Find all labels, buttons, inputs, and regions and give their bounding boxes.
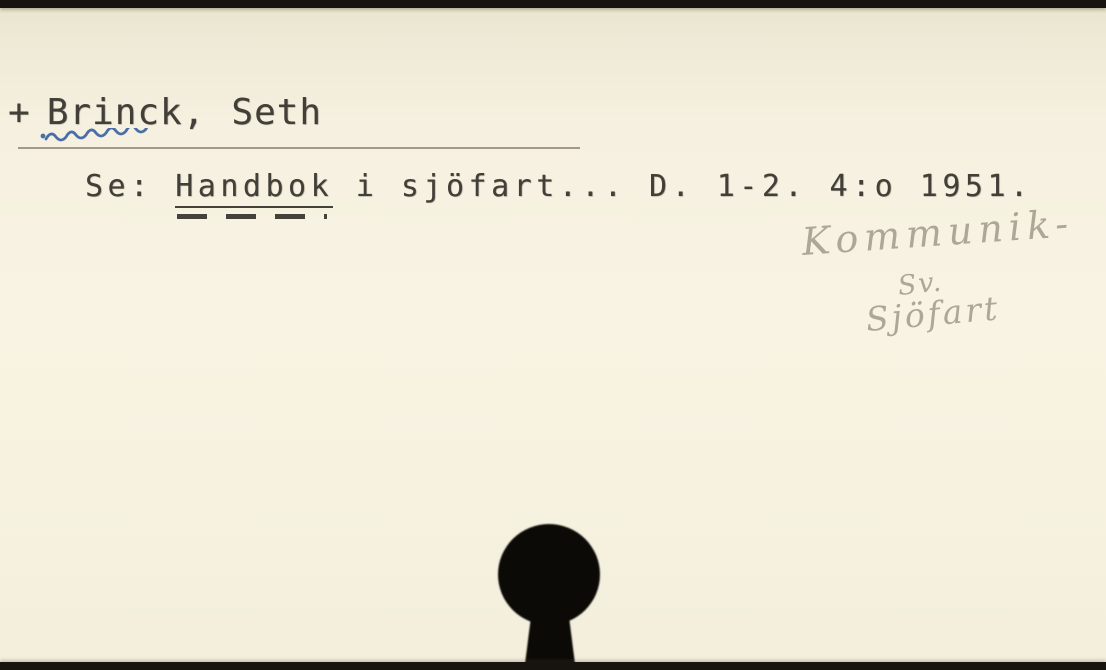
scan-edge-bottom [0, 662, 1106, 670]
heading-plus-mark: + [8, 92, 31, 133]
punch-hole [492, 516, 608, 670]
handwritten-note-line3: Sjöfart [864, 288, 1002, 339]
heading-author-name: Brinck, [47, 95, 206, 131]
heading-first-name: Seth [231, 92, 322, 133]
reference-lead: Se: [85, 169, 175, 204]
wavy-underline [39, 128, 171, 146]
reference-tail: i sjöfart... D. 1-2. 4:o 1951. [333, 169, 1032, 204]
heading-author-name-text: Brinck, [47, 92, 206, 133]
reference-title-underlined: Handbok [175, 169, 333, 208]
heading-line: +Brinck, Seth [8, 95, 322, 131]
handwritten-note-line1: Kommunik- [800, 201, 1075, 264]
catalog-card-scan: { "card": { "heading": { "prefix": "+", … [0, 0, 1106, 670]
scan-edge-top [0, 0, 1106, 8]
heading-rule [18, 147, 580, 149]
reference-line: Se: Handbok i sjöfart... D. 1-2. 4:o 195… [85, 172, 1033, 202]
